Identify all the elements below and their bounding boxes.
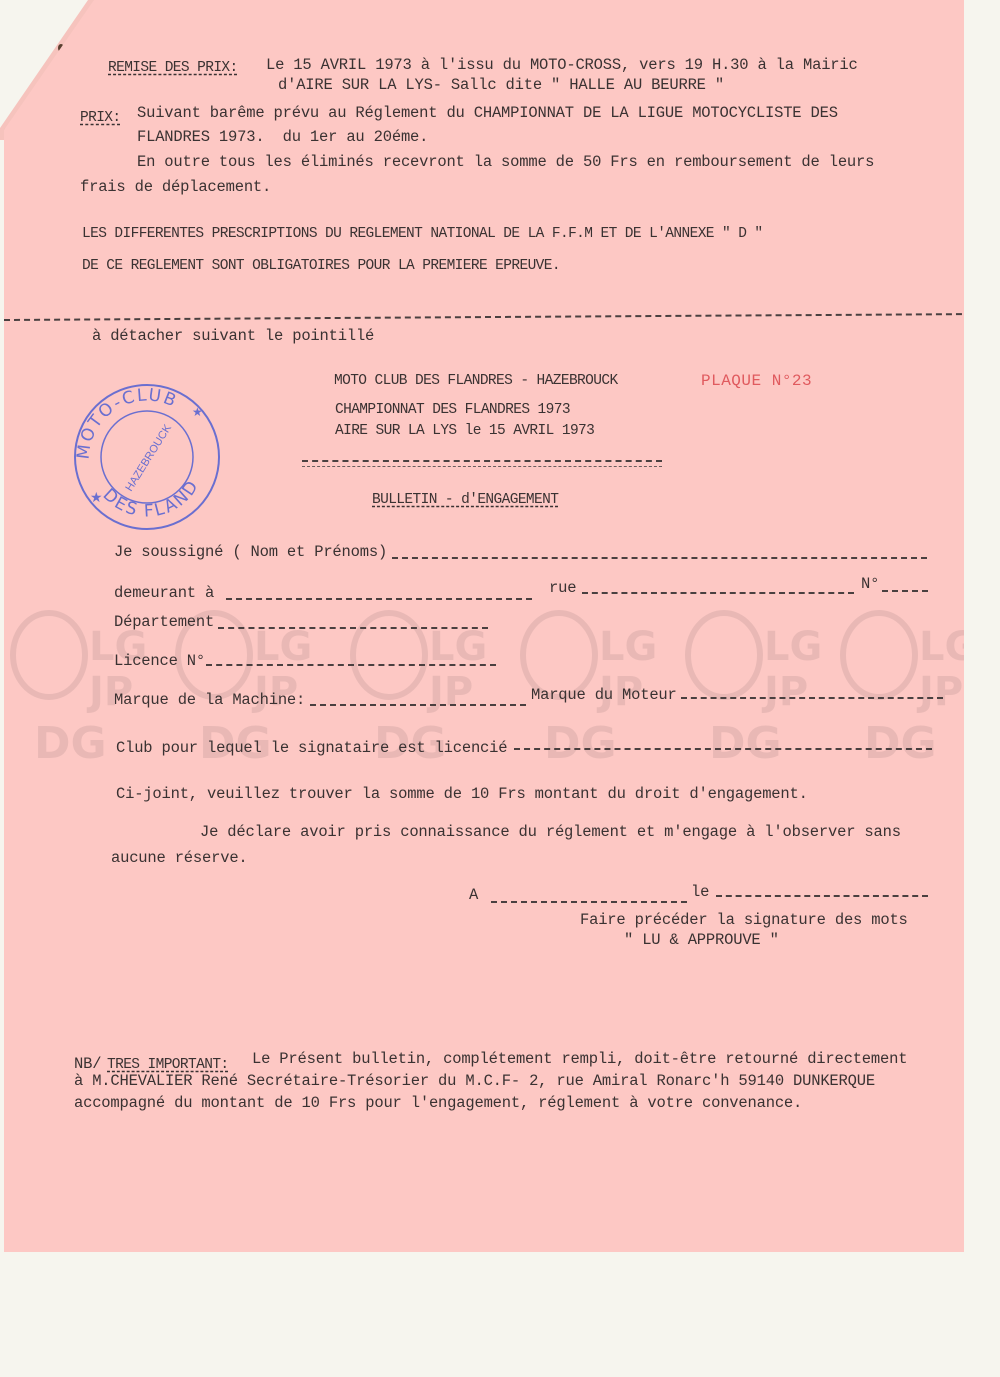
department-label: Département bbox=[114, 612, 214, 632]
prizes-line-4: frais de déplacement. bbox=[80, 177, 271, 197]
date-label: le bbox=[691, 882, 709, 902]
signature-note-2: " LU & APPROUVE " bbox=[624, 930, 779, 950]
watermark-logo: LG JP DG bbox=[834, 610, 994, 770]
venue-date: AIRE SUR LA LYS le 15 AVRIL 1973 bbox=[335, 421, 594, 441]
number-label: N° bbox=[861, 574, 879, 594]
svg-text:DG: DG bbox=[544, 718, 617, 769]
svg-text:JP: JP bbox=[761, 669, 808, 715]
residence-label: demeurant à bbox=[114, 583, 214, 603]
place-label: A bbox=[469, 885, 478, 905]
detach-dotted-line bbox=[4, 313, 972, 321]
club-stamp: MOTO-CLUB DES FLANDRES HAZEBROUCK ★ ★ bbox=[72, 382, 222, 532]
footer-line-2: à M.CHEVALIER René Secrétaire-Trésorier … bbox=[74, 1071, 875, 1091]
svg-text:DG: DG bbox=[34, 718, 107, 769]
svg-text:JP: JP bbox=[916, 669, 963, 715]
fee-text: Ci-joint, veuillez trouver la somme de 1… bbox=[116, 784, 808, 804]
prizes-line-2: FLANDRES 1973. du 1er au 20éme. bbox=[137, 127, 428, 147]
svg-text:DG: DG bbox=[864, 718, 937, 769]
place-field[interactable] bbox=[491, 901, 687, 903]
rules-line-1: LES DIFFERENTES PRESCRIPTIONS DU REGLEME… bbox=[82, 224, 763, 244]
license-field[interactable] bbox=[206, 664, 496, 666]
department-field[interactable] bbox=[218, 627, 488, 629]
svg-text:MOTO-CLUB: MOTO-CLUB bbox=[74, 385, 181, 460]
prizes-line-3: En outre tous les éliminés recevront la … bbox=[137, 152, 874, 172]
signature-note-1: Faire précéder la signature des mots bbox=[580, 910, 908, 930]
date-field[interactable] bbox=[716, 895, 928, 897]
svg-text:LG: LG bbox=[764, 624, 822, 670]
stamp-center-text: HAZEBROUCK bbox=[123, 422, 174, 494]
awards-line-1: Le 15 AVRIL 1973 à l'issu du MOTO-CROSS,… bbox=[266, 55, 858, 75]
svg-text:JP: JP bbox=[426, 669, 473, 715]
watermark-logo: LG JP DG bbox=[679, 610, 839, 770]
rules-line-2: DE CE REGLEMENT SONT OBLIGATOIRES POUR L… bbox=[82, 256, 560, 276]
club-label: Club pour lequel le signataire est licen… bbox=[116, 738, 507, 758]
awards-line-2: d'AIRE SUR LA LYS- Sallc dite " HALLE AU… bbox=[278, 75, 724, 95]
license-label: Licence N° bbox=[114, 651, 205, 671]
machine-label: Marque de la Machine: bbox=[114, 690, 305, 710]
name-field[interactable] bbox=[392, 557, 927, 559]
prizes-label: PRIX: bbox=[80, 108, 121, 128]
svg-text:DG: DG bbox=[709, 718, 782, 769]
championship-title: CHAMPIONNAT DES FLANDRES 1973 bbox=[335, 400, 570, 420]
footer-line-3: accompagné du montant de 10 Frs pour l'e… bbox=[74, 1093, 802, 1113]
residence-field[interactable] bbox=[226, 598, 532, 600]
engine-field[interactable] bbox=[681, 697, 943, 699]
declaration-line-1: Je déclare avoir pris connaissance du ré… bbox=[200, 822, 901, 842]
name-label: Je soussigné ( Nom et Prénoms) bbox=[114, 542, 387, 562]
svg-text:LG: LG bbox=[599, 624, 657, 670]
engine-label: Marque du Moteur bbox=[531, 685, 677, 705]
svg-text:LG: LG bbox=[919, 624, 977, 670]
decorative-chain-line bbox=[302, 460, 662, 467]
cut-instruction: à détacher suivant le pointillé bbox=[92, 326, 374, 346]
star-icon: ★ bbox=[90, 490, 103, 506]
stamp-top-text: MOTO-CLUB bbox=[74, 385, 181, 460]
declaration-line-2: aucune réserve. bbox=[111, 848, 248, 868]
star-icon: ★ bbox=[192, 405, 203, 419]
number-field[interactable] bbox=[882, 590, 928, 592]
footer-line-1: Le Présent bulletin, complétement rempli… bbox=[252, 1049, 907, 1069]
street-field[interactable] bbox=[582, 592, 854, 594]
club-field[interactable] bbox=[514, 748, 932, 750]
street-label: rue bbox=[549, 578, 576, 598]
plaque-number: PLAQUE N°23 bbox=[701, 371, 812, 391]
document-page: LG JP DG LG JP DG LG JP DG LG JP DG LG J… bbox=[4, 0, 964, 1252]
awards-label: REMISE DES PRIX: bbox=[108, 58, 238, 78]
club-name: MOTO CLUB DES FLANDRES - HAZEBROUCK bbox=[334, 371, 618, 391]
machine-field[interactable] bbox=[310, 704, 526, 706]
prizes-line-1: Suivant barême prévu au Réglement du CHA… bbox=[137, 103, 838, 123]
form-title: BULLETIN - d'ENGAGEMENT bbox=[372, 490, 558, 510]
